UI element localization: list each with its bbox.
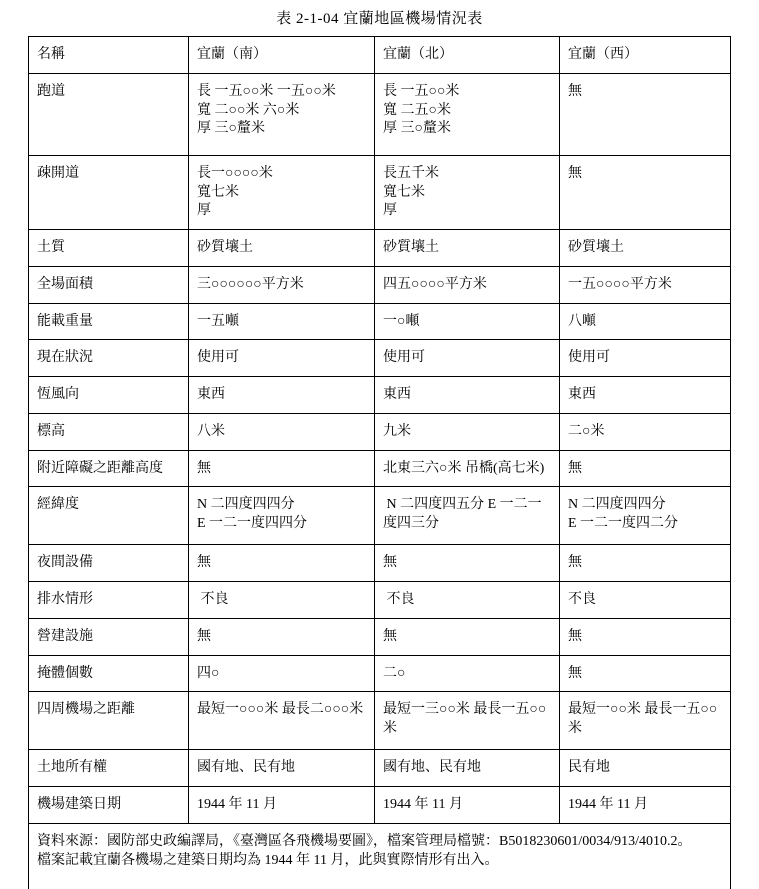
table-cell: 四○	[189, 655, 375, 692]
table-cell: 長五千米 寬七米 厚	[375, 155, 560, 229]
table-cell: 無	[560, 73, 731, 155]
column-header-south: 宜蘭（南）	[189, 37, 375, 74]
table-cell: 國有地、民有地	[189, 750, 375, 787]
table-cell: 使用可	[560, 340, 731, 377]
table-cell: N 二四度四五分 E 一二一度四三分	[375, 487, 560, 545]
table-cell: 一○噸	[375, 303, 560, 340]
table-row-current-status: 現在狀況 使用可 使用可 使用可	[29, 340, 731, 377]
table-cell: 四五○○○○平方米	[375, 266, 560, 303]
row-label: 夜間設備	[29, 545, 189, 582]
table-cell: 三○○○○○○平方米	[189, 266, 375, 303]
column-header-north: 宜蘭（北）	[375, 37, 560, 74]
table-cell: 東西	[189, 377, 375, 414]
table-cell: 二○米	[560, 413, 731, 450]
table-cell: 砂質壤土	[189, 230, 375, 267]
table-row-soil: 土質 砂質壤土 砂質壤土 砂質壤土	[29, 230, 731, 267]
row-label: 恆風向	[29, 377, 189, 414]
table-cell: 國有地、民有地	[375, 750, 560, 787]
table-cell: 無	[375, 545, 560, 582]
table-row-drainage: 排水情形 不良 不良 不良	[29, 582, 731, 619]
table-row-coordinates: 經緯度 N 二四度四四分 E 一二一度四四分 N 二四度四五分 E 一二一度四三…	[29, 487, 731, 545]
table-row-elevation: 標高 八米 九米 二○米	[29, 413, 731, 450]
table-cell: 無	[560, 450, 731, 487]
row-label: 四周機場之距離	[29, 692, 189, 750]
row-label: 能載重量	[29, 303, 189, 340]
table-row-dispersal-road: 疎開道 長一○○○○米 寬七米 厚 長五千米 寬七米 厚 無	[29, 155, 731, 229]
header-row: 名稱 宜蘭（南） 宜蘭（北） 宜蘭（西）	[29, 37, 731, 74]
table-cell: 北東三六○米 吊橋(高七米)	[375, 450, 560, 487]
table-row-land-ownership: 土地所有權 國有地、民有地 國有地、民有地 民有地	[29, 750, 731, 787]
row-label: 跑道	[29, 73, 189, 155]
table-cell: 不良	[189, 582, 375, 619]
table-row-night-equipment: 夜間設備 無 無 無	[29, 545, 731, 582]
table-cell: 二○	[375, 655, 560, 692]
row-label: 全場面積	[29, 266, 189, 303]
table-row-runway: 跑道 長 一五○○米 一五○○米 寬 二○○米 六○米 厚 三○釐米 長 一五○…	[29, 73, 731, 155]
table-row-load-capacity: 能載重量 一五噸 一○噸 八噸	[29, 303, 731, 340]
row-label: 機場建築日期	[29, 787, 189, 824]
airport-table: 名稱 宜蘭（南） 宜蘭（北） 宜蘭（西） 跑道 長 一五○○米 一五○○米 寬 …	[28, 36, 731, 889]
table-cell: 1944 年 11 月	[560, 787, 731, 824]
column-header-west: 宜蘭（西）	[560, 37, 731, 74]
table-cell: 無	[375, 618, 560, 655]
table-cell: 1944 年 11 月	[375, 787, 560, 824]
table-cell: 無	[189, 618, 375, 655]
table-cell: 無	[560, 545, 731, 582]
row-label: 土質	[29, 230, 189, 267]
row-label: 營建設施	[29, 618, 189, 655]
table-cell: 東西	[560, 377, 731, 414]
table-cell: 最短一○○米 最長一五○○米	[560, 692, 731, 750]
table-cell: 1944 年 11 月	[189, 787, 375, 824]
table-row-total-area: 全場面積 三○○○○○○平方米 四五○○○○平方米 一五○○○○平方米	[29, 266, 731, 303]
table-cell: N 二四度四四分 E 一二一度四二分	[560, 487, 731, 545]
table-row-construction-date: 機場建築日期 1944 年 11 月 1944 年 11 月 1944 年 11…	[29, 787, 731, 824]
table-cell: 無	[560, 155, 731, 229]
row-label: 經緯度	[29, 487, 189, 545]
table-cell: 長一○○○○米 寬七米 厚	[189, 155, 375, 229]
row-label: 土地所有權	[29, 750, 189, 787]
table-cell: 一五噸	[189, 303, 375, 340]
table-row-construction-facilities: 營建設施 無 無 無	[29, 618, 731, 655]
table-cell: 一五○○○○平方米	[560, 266, 731, 303]
row-label: 掩體個數	[29, 655, 189, 692]
table-cell: 無	[560, 618, 731, 655]
table-cell: 砂質壤土	[375, 230, 560, 267]
table-cell: 無	[189, 450, 375, 487]
table-row-prevailing-wind: 恆風向 東西 東西 東西	[29, 377, 731, 414]
table-cell: 九米	[375, 413, 560, 450]
document-page: 表 2-1-04 宜蘭地區機場情況表 名稱 宜蘭（南） 宜蘭（北） 宜蘭（西） …	[0, 0, 759, 889]
row-label: 標高	[29, 413, 189, 450]
table-cell: 最短一三○○米 最長一五○○米	[375, 692, 560, 750]
table-row-distance-to-airfields: 四周機場之距離 最短一○○○米 最長二○○○米 最短一三○○米 最長一五○○米 …	[29, 692, 731, 750]
table-cell: 不良	[560, 582, 731, 619]
page-title: 表 2-1-04 宜蘭地區機場情況表	[0, 0, 759, 36]
table-cell: N 二四度四四分 E 一二一度四四分	[189, 487, 375, 545]
table-cell: 八米	[189, 413, 375, 450]
table-cell: 民有地	[560, 750, 731, 787]
row-label: 疎開道	[29, 155, 189, 229]
row-label: 附近障礙之距離高度	[29, 450, 189, 487]
table-cell: 砂質壤土	[560, 230, 731, 267]
row-label: 現在狀況	[29, 340, 189, 377]
row-label: 排水情形	[29, 582, 189, 619]
table-cell: 使用可	[375, 340, 560, 377]
table-cell: 不良	[375, 582, 560, 619]
table-cell: 最短一○○○米 最長二○○○米	[189, 692, 375, 750]
table-row-obstacles: 附近障礙之距離高度 無 北東三六○米 吊橋(高七米) 無	[29, 450, 731, 487]
table-cell: 長 一五○○米 一五○○米 寬 二○○米 六○米 厚 三○釐米	[189, 73, 375, 155]
table-cell: 使用可	[189, 340, 375, 377]
table-cell: 無	[189, 545, 375, 582]
table-cell: 東西	[375, 377, 560, 414]
table-row-bunker-count: 掩體個數 四○ 二○ 無	[29, 655, 731, 692]
table-cell: 長 一五○○米 寬 二五○米 厚 三○釐米	[375, 73, 560, 155]
table-cell: 八噸	[560, 303, 731, 340]
source-note-row: 資料來源：國防部史政編譯局，《臺灣區各飛機場要圖》，檔案管理局檔號：B50182…	[29, 823, 731, 889]
source-note: 資料來源：國防部史政編譯局，《臺灣區各飛機場要圖》，檔案管理局檔號：B50182…	[29, 823, 731, 889]
column-header-name: 名稱	[29, 37, 189, 74]
table-cell: 無	[560, 655, 731, 692]
